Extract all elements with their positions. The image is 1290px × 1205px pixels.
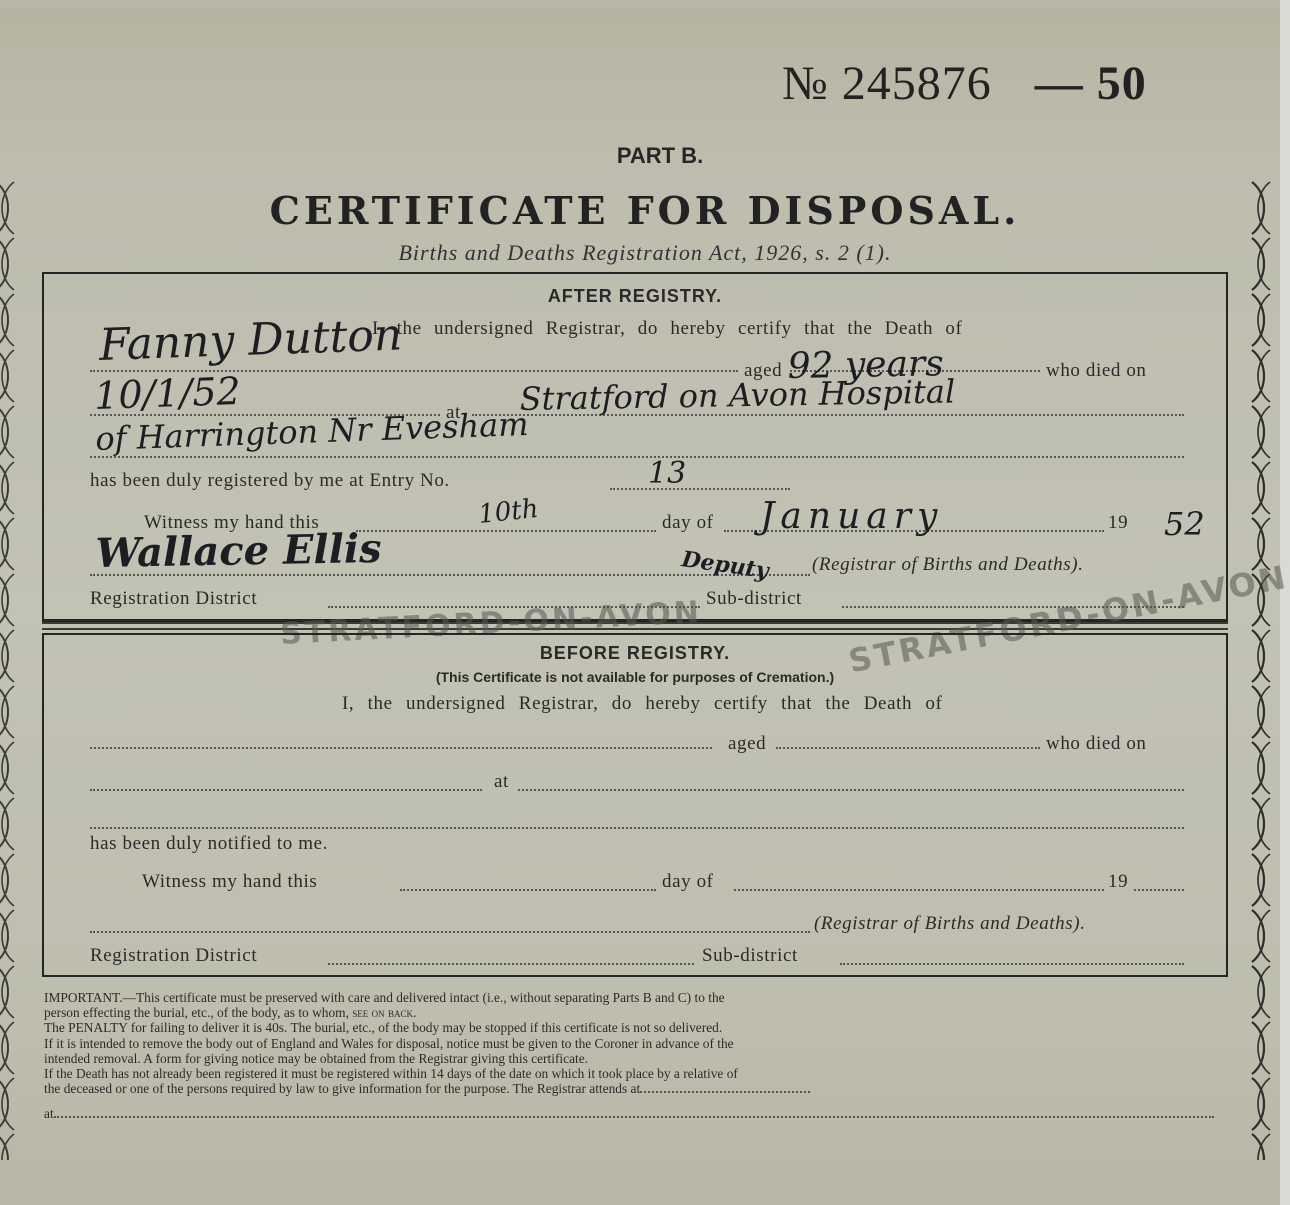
notified-label: has been duly notified to me. — [90, 833, 328, 855]
serial-value: 245876 — [842, 57, 992, 110]
handwritten-name: Fanny Dutton — [98, 309, 403, 371]
witness-day-line[interactable] — [400, 889, 656, 891]
year-line[interactable] — [1134, 889, 1184, 891]
subdistrict-line[interactable] — [840, 963, 1184, 965]
handwritten-witness-month: January — [760, 496, 943, 537]
right-rope-border — [1248, 180, 1274, 1160]
subdistrict-label: Sub-district — [706, 588, 802, 610]
serial-number: № 245876 — 50 — [782, 56, 1147, 111]
handwritten-signature: Wallace Ellis — [95, 525, 382, 577]
note-line-2: person effecting the burial, etc., of th… — [44, 1005, 1224, 1020]
certify-line: I, the undersigned Registrar, do hereby … — [372, 318, 962, 340]
registered-label: has been duly registered by me at Entry … — [90, 470, 450, 492]
after-registry-heading: AFTER REGISTRY. — [44, 286, 1226, 307]
important-label: IMPORTANT. — [44, 990, 123, 1005]
address-line[interactable] — [54, 1116, 1214, 1118]
place-continued-line[interactable] — [90, 456, 1184, 458]
part-label: PART B. — [0, 143, 1290, 169]
day-of-label: day of — [662, 512, 714, 534]
aged-label: aged — [728, 733, 766, 755]
note-line-6: If the Death has not already been regist… — [44, 1066, 1224, 1081]
before-registry-section: BEFORE REGISTRY. (This Certificate is no… — [42, 633, 1228, 977]
who-died-label: who died on — [1046, 733, 1147, 755]
attends-at-line[interactable] — [640, 1091, 810, 1093]
place-continued-line[interactable] — [90, 827, 1184, 829]
serial-suffix: — 50 — [1035, 57, 1147, 110]
handwritten-year: 52 — [1164, 505, 1205, 543]
note-line-3: The PENALTY for failing to deliver it is… — [44, 1020, 1224, 1035]
date-field-line[interactable] — [90, 789, 482, 791]
signature-line[interactable] — [90, 931, 810, 933]
important-notes: IMPORTANT.—This certificate must be pres… — [44, 990, 1224, 1122]
cremation-note: (This Certificate is not available for p… — [44, 669, 1226, 685]
serial-prefix: № — [782, 57, 829, 110]
before-registry-heading: BEFORE REGISTRY. — [44, 643, 1226, 664]
year-prefix: 19 — [1108, 871, 1128, 893]
act-reference: Births and Deaths Registration Act, 1926… — [0, 240, 1290, 266]
handwritten-date-of-death: 10/1/52 — [93, 369, 241, 418]
entry-number-line[interactable] — [610, 488, 790, 490]
note-line-8: at — [44, 1106, 1224, 1121]
at-label: at — [494, 771, 509, 793]
witness-label: Witness my hand this — [142, 871, 317, 893]
handwritten-witness-day: 10th — [477, 494, 540, 530]
witness-month-line[interactable] — [734, 889, 1104, 891]
age-field-line[interactable] — [776, 747, 1040, 749]
certificate-title: CERTIFICATE FOR DISPOSAL. — [0, 188, 1290, 233]
handwritten-place: Stratford on Avon Hospital — [519, 372, 955, 418]
note-line-4: If it is intended to remove the body out… — [44, 1036, 1224, 1051]
note-line-5: intended removal. A form for giving noti… — [44, 1051, 1224, 1066]
note-line-1: IMPORTANT.—This certificate must be pres… — [44, 990, 1224, 1005]
place-field-line[interactable] — [518, 789, 1184, 791]
district-line[interactable] — [328, 963, 694, 965]
name-field-line[interactable] — [90, 747, 712, 749]
subdistrict-label: Sub-district — [702, 945, 798, 967]
district-label: Registration District — [90, 945, 257, 967]
paper-edge — [1280, 0, 1290, 1205]
registrar-label: (Registrar of Births and Deaths). — [814, 913, 1086, 935]
handwritten-entry-number: 13 — [648, 456, 686, 491]
who-died-label: who died on — [1046, 360, 1147, 382]
note-line-7: the deceased or one of the persons requi… — [44, 1081, 1224, 1096]
district-label: Registration District — [90, 588, 257, 610]
registrar-label: (Registrar of Births and Deaths). — [812, 554, 1084, 576]
certify-line: I, the undersigned Registrar, do hereby … — [342, 693, 942, 715]
witness-day-line[interactable] — [356, 530, 656, 532]
year-prefix: 19 — [1108, 512, 1128, 534]
day-of-label: day of — [662, 871, 714, 893]
left-rope-border — [0, 180, 18, 1160]
